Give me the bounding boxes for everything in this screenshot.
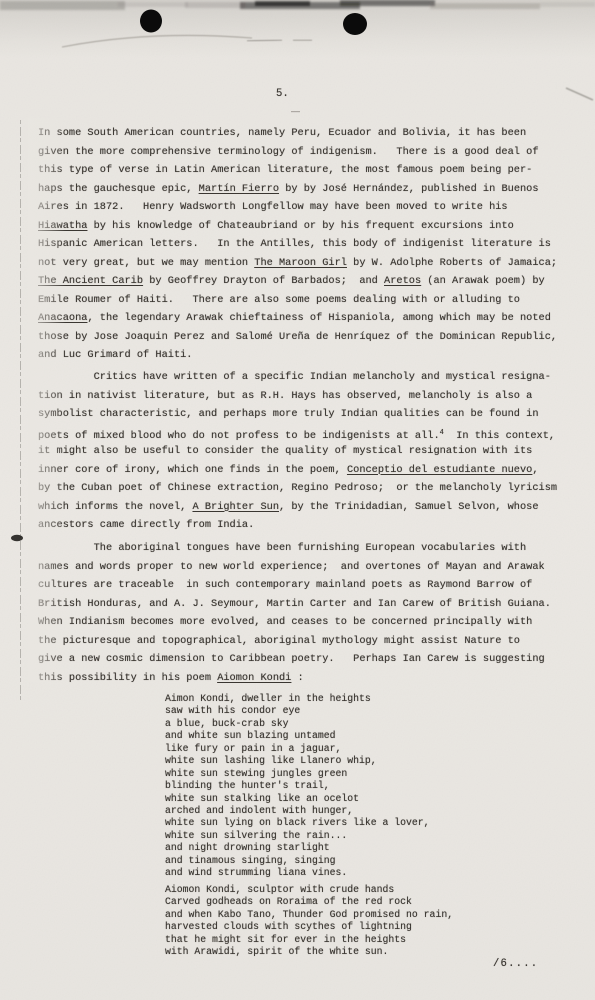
text-line: Hiawatha by his knowledge of Chateaubria…: [38, 217, 557, 236]
poem-line: white sun stewing jungles green: [165, 768, 430, 780]
text-line: those by Jose Joaquin Perez and Salomé U…: [38, 328, 557, 347]
text-line: not very great, but we may mention The M…: [38, 254, 557, 273]
text-segment: Emile Roumer of Haiti. There are also so…: [38, 294, 520, 306]
text-line: given the more comprehensive terminology…: [38, 143, 557, 162]
text-segment: names and words proper to new world expe…: [38, 561, 545, 573]
underlined-title: The Maroon Girl: [254, 257, 347, 269]
text-line: Aires in 1872. Henry Wadsworth Longfello…: [38, 198, 557, 217]
poem-line: white sun stalking like an ocelot: [165, 793, 430, 805]
text-segment: Hispanic American letters. In the Antill…: [38, 238, 551, 250]
text-segment: ancestors came directly from India.: [38, 519, 254, 531]
underlined-title: Aretos: [384, 275, 421, 287]
poem-line: white sun lashing like Llanero whip,: [165, 755, 430, 767]
text-line: names and words proper to new world expe…: [38, 558, 551, 577]
text-segment: by his knowledge of Chateaubriand or by …: [87, 220, 513, 232]
text-segment: Critics have written of a specific India…: [38, 371, 551, 383]
scan-shade-top: [0, 0, 595, 58]
text-line: Emile Roumer of Haiti. There are also so…: [38, 291, 557, 310]
stray-dash: [291, 111, 300, 112]
poem-line: like fury or pain in a jaguar,: [165, 743, 430, 755]
text-line: cultures are traceable in such contempor…: [38, 576, 551, 595]
poem-line: and tinamous singing, singing: [165, 855, 430, 867]
poem-line: and white sun blazing untamed: [165, 730, 430, 742]
text-segment: not very great, but we may mention: [38, 257, 254, 269]
text-segment: this type of verse in Latin American lit…: [38, 164, 532, 176]
poem-stanza-2: Aiomon Kondi, sculptor with crude handsC…: [165, 884, 453, 959]
text-segment: :: [291, 672, 303, 684]
text-segment: it might also be useful to consider the …: [38, 445, 532, 457]
text-segment: by W. Adolphe Roberts of Jamaica;: [347, 257, 557, 269]
text-line: by the Cuban poet of Chinese extraction,…: [38, 479, 557, 498]
text-segment: symbolist characteristic, and perhaps mo…: [38, 408, 539, 420]
text-line: Critics have written of a specific India…: [38, 368, 557, 387]
text-segment: When Indianism becomes more evolved, and…: [38, 616, 532, 628]
poem-line: harvested clouds with scythes of lightni…: [165, 921, 453, 933]
poem-line: with Arawidi, spirit of the white sun.: [165, 946, 453, 958]
poem-line: arched and indolent with hunger,: [165, 805, 430, 817]
text-line: British Honduras, and A. J. Seymour, Mar…: [38, 595, 551, 614]
text-line: this type of verse in Latin American lit…: [38, 161, 557, 180]
underlined-title: A Brighter Sun: [192, 501, 279, 513]
text-line: the picturesque and topographical, abori…: [38, 632, 551, 651]
text-line: Hispanic American letters. In the Antill…: [38, 235, 557, 254]
text-segment: by by José Hernández, published in Bueno…: [279, 183, 539, 195]
text-segment: British Honduras, and A. J. Seymour, Mar…: [38, 598, 551, 610]
text-segment: cultures are traceable in such contempor…: [38, 579, 532, 591]
paragraph-3: The aboriginal tongues have been furnish…: [38, 539, 551, 687]
paragraph-1: In some South American countries, namely…: [38, 124, 557, 365]
text-segment: Aires in 1872. Henry Wadsworth Longfello…: [38, 201, 508, 213]
poem-line: that he might sit for ever in the height…: [165, 934, 453, 946]
scan-fade-artifact: [28, 118, 66, 682]
poem-line: Carved godheads on Roraima of the red ro…: [165, 896, 453, 908]
text-segment: by the Cuban poet of Chinese extraction,…: [38, 482, 557, 494]
underlined-title: Martín Fierro: [199, 183, 279, 195]
text-line: Anacaona, the legendary Arawak chieftain…: [38, 309, 557, 328]
text-segment: The aboriginal tongues have been furnish…: [38, 542, 526, 554]
poem-line: white sun lying on black rivers like a l…: [165, 817, 430, 829]
text-line: The aboriginal tongues have been furnish…: [38, 539, 551, 558]
text-segment: ,: [532, 464, 538, 476]
text-line: haps the gauchesque epic, Martín Fierro …: [38, 180, 557, 199]
text-line: it might also be useful to consider the …: [38, 442, 557, 461]
page-continuation-mark: /6....: [493, 958, 538, 970]
text-segment: (an Arawak poem) by: [421, 275, 545, 287]
text-segment: , by the Trinidadian, Samuel Selvon, who…: [279, 501, 539, 513]
text-line: tion in nativist literature, but as R.H.…: [38, 387, 557, 406]
poem-line: Aimon Kondi, dweller in the heights: [165, 693, 430, 705]
paragraph-2: Critics have written of a specific India…: [38, 368, 557, 535]
poem-line: Aiomon Kondi, sculptor with crude hands: [165, 884, 453, 896]
text-line: inner core of irony, which one finds in …: [38, 461, 557, 480]
document-page: 5. In some South American countries, nam…: [0, 0, 595, 1000]
text-line: symbolist characteristic, and perhaps mo…: [38, 405, 557, 424]
poem-line: blinding the hunter's trail,: [165, 780, 430, 792]
text-line: poets of mixed blood who do not profess …: [38, 424, 557, 443]
text-line: give a new cosmic dimension to Caribbean…: [38, 650, 551, 669]
text-segment: In this context,: [444, 430, 555, 442]
text-line: and Luc Grimard of Haiti.: [38, 346, 557, 365]
poem-line: saw with his condor eye: [165, 705, 430, 717]
text-segment: inner core of irony, which one finds in …: [38, 464, 347, 476]
text-segment: given the more comprehensive terminology…: [38, 146, 539, 158]
poem-line: a blue, buck-crab sky: [165, 718, 430, 730]
text-segment: give a new cosmic dimension to Caribbean…: [38, 653, 545, 665]
text-segment: by Geoffrey Drayton of Barbados; and: [143, 275, 384, 287]
underlined-title: Aiomon Kondi: [217, 672, 291, 684]
poem-line: and wind strumming liana vines.: [165, 867, 430, 879]
text-line: ancestors came directly from India.: [38, 516, 557, 535]
text-segment: tion in nativist literature, but as R.H.…: [38, 390, 532, 402]
poem-line: white sun silvering the rain...: [165, 830, 430, 842]
text-line: In some South American countries, namely…: [38, 124, 557, 143]
text-segment: , the legendary Arawak chieftainess of H…: [87, 312, 550, 324]
underlined-title: Conceptio del estudiante nuevo: [347, 464, 532, 476]
text-line: this possibility in his poem Aiomon Kond…: [38, 669, 551, 688]
scan-mark-diagonal: [566, 88, 593, 100]
text-line: The Ancient Carib by Geoffrey Drayton of…: [38, 272, 557, 291]
page-number: 5.: [276, 88, 289, 100]
text-segment: those by Jose Joaquin Perez and Salomé U…: [38, 331, 557, 343]
text-segment: In some South American countries, namely…: [38, 127, 526, 139]
text-segment: poets of mixed blood who do not profess …: [38, 430, 440, 442]
poem-line: and when Kabo Tano, Thunder God promised…: [165, 909, 453, 921]
text-segment: the picturesque and topographical, abori…: [38, 635, 520, 647]
text-line: which informs the novel, A Brighter Sun,…: [38, 498, 557, 517]
poem-line: and night drowning starlight: [165, 842, 430, 854]
ink-blob: [11, 535, 23, 541]
text-line: When Indianism becomes more evolved, and…: [38, 613, 551, 632]
poem-stanza-1: Aimon Kondi, dweller in the heightssaw w…: [165, 693, 430, 880]
